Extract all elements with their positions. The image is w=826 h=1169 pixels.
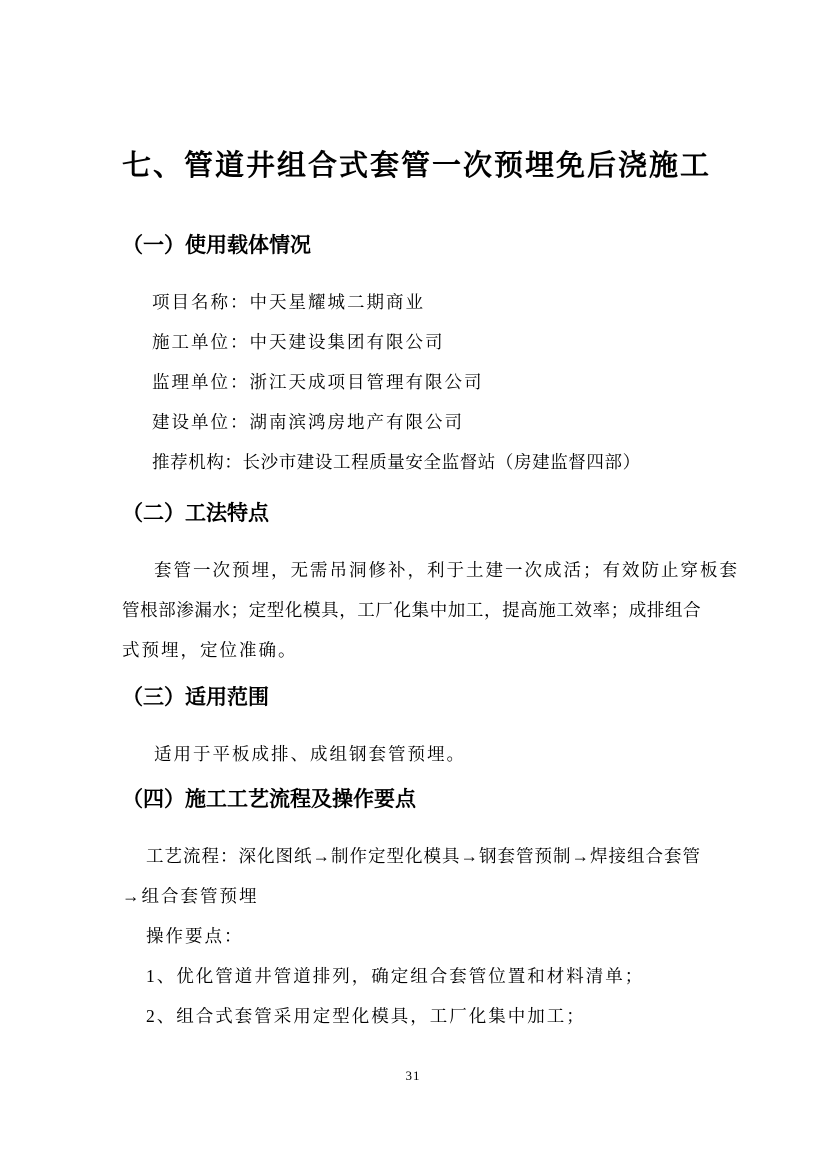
section-heading-4: （四）施工工艺流程及操作要点 — [122, 786, 704, 814]
info-line-construction-unit: 施工单位：中天建设集团有限公司 — [122, 322, 704, 362]
info-line-recommending-agency: 推荐机构：长沙市建设工程质量安全监督站（房建监督四部） — [122, 442, 704, 482]
info-line-supervision-unit: 监理单位：浙江天成项目管理有限公司 — [122, 362, 704, 402]
section-heading-3: （三）适用范围 — [122, 684, 704, 712]
document-page: 七、管道井组合式套管一次预埋免后浇施工 （一）使用载体情况 项目名称：中天星耀城… — [0, 0, 826, 1169]
section-2-body: 套管一次预埋，无需吊洞修补，利于土建一次成活；有效防止穿板套 管根部渗漏水；定型… — [122, 550, 704, 670]
paragraph-line: 适用于平板成排、成组钢套管预埋。 — [122, 734, 704, 774]
info-line-development-unit: 建设单位：湖南滨鸿房地产有限公司 — [122, 402, 704, 442]
section-4-body: 工艺流程：深化图纸→制作定型化模具→钢套管预制→焊接组合套管 →组合套管预埋 操… — [122, 836, 704, 1036]
operation-points-label: 操作要点： — [122, 916, 704, 956]
page-number: 31 — [0, 1068, 826, 1084]
document-title: 七、管道井组合式套管一次预埋免后浇施工 — [122, 146, 704, 186]
section-heading-2: （二）工法特点 — [122, 500, 704, 528]
section-1-body: 项目名称：中天星耀城二期商业 施工单位：中天建设集团有限公司 监理单位：浙江天成… — [122, 282, 704, 482]
operation-point-item: 2、组合式套管采用定型化模具，工厂化集中加工； — [122, 996, 704, 1036]
document-content: 七、管道井组合式套管一次预埋免后浇施工 （一）使用载体情况 项目名称：中天星耀城… — [122, 146, 704, 1036]
process-flow-line: →组合套管预埋 — [122, 876, 704, 916]
info-line-project-name: 项目名称：中天星耀城二期商业 — [122, 282, 704, 322]
paragraph-line: 式预埋，定位准确。 — [122, 630, 704, 670]
section-heading-1: （一）使用载体情况 — [122, 232, 704, 260]
operation-point-item: 1、优化管道井管道排列，确定组合套管位置和材料清单； — [122, 956, 704, 996]
paragraph-line: 管根部渗漏水；定型化模具，工厂化集中加工，提高施工效率；成排组合 — [122, 590, 704, 630]
section-3-body: 适用于平板成排、成组钢套管预埋。 — [122, 734, 704, 774]
process-flow-line: 工艺流程：深化图纸→制作定型化模具→钢套管预制→焊接组合套管 — [122, 836, 704, 876]
paragraph-line: 套管一次预埋，无需吊洞修补，利于土建一次成活；有效防止穿板套 — [122, 550, 704, 590]
